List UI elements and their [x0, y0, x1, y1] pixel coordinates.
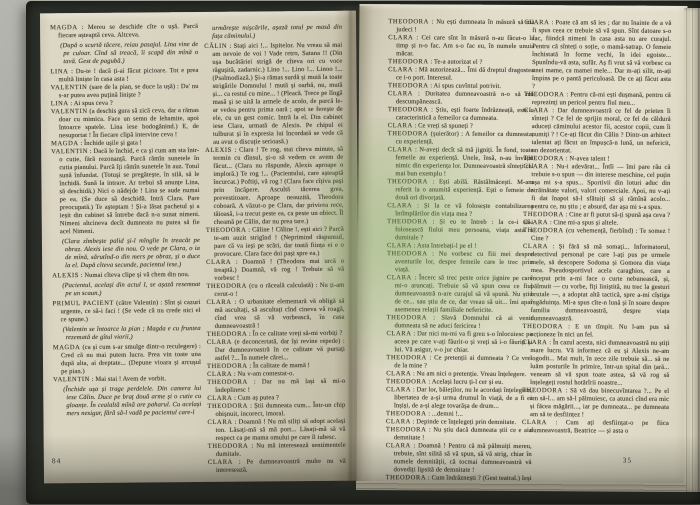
right-page-column-2: CLARA : Poate că am să ies ; dar nu înai… [522, 19, 672, 462]
speaker-name: THEODORA [386, 378, 427, 385]
speaker-name: CLARA [386, 386, 411, 393]
dialogue-line: THEODORA (cu o răceală calculată) : Nu ț… [206, 282, 344, 299]
speaker-name: THEODORA [388, 106, 429, 113]
speaker-name: MAGDA [50, 24, 78, 31]
dialogue-line: CLARA : Cei care sînt în măsură n-au făc… [388, 34, 534, 59]
dialogue-line: THEODORA : Știu, ești foarte îndrăzneață… [388, 106, 534, 123]
book-photo: MAGDA : Mereu se deschide cîte o ușă. Pa… [0, 0, 700, 505]
dialogue-line: VALENTIN (a deschis gura să zică ceva, d… [51, 107, 199, 140]
speaker-name: CLARA [386, 418, 411, 425]
speaker-name: THEODORA [208, 443, 249, 450]
dialogue-line: VALENTIN : Dacă le închid, e ca și cum a… [51, 147, 200, 236]
speaker-name: THEODORA [207, 403, 248, 410]
speaker-name: CLARA [207, 395, 232, 402]
speaker-name: THEODORA [207, 331, 248, 338]
speaker-name: THEODORA [387, 218, 428, 225]
speaker-name: CLARA [386, 370, 411, 377]
dialogue-line: THEODORA (cu vehemență, fierbînd) : Te s… [523, 227, 670, 244]
dialogue-line: CLARA : Și la ce vă folosește contabiliz… [387, 202, 533, 219]
dialogue-line: CLARA : Doamnă ! Nu mă siliți să adopt a… [208, 418, 346, 443]
speaker-name: MAGDA [53, 344, 81, 351]
dialogue-line: CLARA : Mă autorizează... Îmi dă dreptul… [388, 66, 534, 83]
dialogue-line: PRIMUL PACIENT (către Valentin) : Sînt ș… [52, 299, 200, 324]
dialogue-line: THEODORA : Slavă Domnului că ai venit du… [386, 314, 532, 331]
speaker-name: THEODORA [522, 323, 563, 330]
dialogue-line: THEODORA : Nu mă interesează sentimentel… [208, 442, 346, 459]
dialogue-line: THEODORA : E un tîmpit. Nu l-am pus să a… [522, 323, 669, 340]
speaker-name: CLARA [388, 122, 413, 129]
speaker-name: CĂLIN [204, 43, 227, 50]
speaker-name: THEODORA [388, 58, 429, 65]
speaker-name: CLARA [207, 339, 232, 346]
left-page-column-2: urmărește mișcările, așază totul pe masă… [204, 22, 346, 473]
speaker-name: MAGDA [51, 140, 79, 147]
dialogue-line: THEODORA : Ești abilă. Răstălmăcești. M-… [387, 178, 533, 203]
speaker-name: CLARA [387, 242, 412, 249]
dialogue-line: CLARA : Poate că am să ies ; dar nu înai… [524, 19, 671, 92]
left-page: MAGDA : Mereu se deschide cîte o ușă. Pa… [40, 11, 360, 484]
speaker-name: CLARA [522, 339, 547, 346]
speaker-name: THEODORA [524, 91, 565, 98]
speaker-name: ALEXIS [52, 272, 79, 279]
speaker-name: THEODORA [523, 211, 564, 218]
dialogue-line: THEODORA : Și eu te întreb : la ce-i să-… [387, 218, 533, 243]
speaker-name: CLARA [524, 19, 549, 26]
dialogue-line: CLARA : Doamnă ! (Theodora mai urcă o tr… [206, 258, 344, 283]
speaker-name: PRIMUL PACIENT [52, 300, 114, 308]
dialogue-line: CLARA : Dar lor, băieților, nu le acorda… [386, 386, 532, 411]
speaker-name: THEODORA [388, 82, 429, 89]
speaker-name: THEODORA [522, 387, 563, 394]
dialogue-line: CLARA : Nu-i adevărat... Întîi — îmi par… [523, 163, 670, 212]
left-page-column-1: MAGDA : Mereu se deschide cîte o ușă. Pa… [50, 23, 202, 474]
speaker-name: CLARA [208, 419, 233, 426]
speaker-name: ALEXIS [205, 147, 232, 154]
dialogue-line: THEODORA : Dar nu mă lași să mi-o îndepl… [207, 378, 345, 395]
dialogue-line: THEODORA : Să vă dau binecuvîntarea ?...… [522, 387, 669, 420]
speaker-name: CLARA [523, 163, 548, 170]
dialogue-line: THEODORA (șuierător) : A femeilor ca dum… [388, 130, 534, 147]
speaker-name: THEODORA [387, 178, 428, 185]
stage-direction: (După o scurtă tăcere, reiau pasajul. Li… [50, 41, 198, 66]
dialogue-line: CLARA (e deconcertată, dar își revine re… [207, 338, 345, 363]
speaker-name: THEODORA [206, 283, 247, 290]
dialogue-line: CLARA : Dar dumneavoastră ce fel de prie… [524, 107, 671, 156]
dialogue-line: CLARA : În cazul acesta, nici dumneavoas… [522, 339, 669, 388]
dialogue-line: THEODORA : Nu ești dumneata în măsură să… [388, 18, 534, 35]
page-stack-edge [684, 8, 700, 492]
speaker-name: CLARA [388, 90, 413, 97]
speaker-name: CLARA [206, 259, 231, 266]
dialogue-line: CLARA : Dar nici nu-mi va fi greu s-o în… [386, 330, 532, 355]
speaker-name: THEODORA [386, 410, 427, 417]
right-page-number: 35 [623, 456, 633, 465]
dialogue-line: CLARA : Doamnă ! Pentru că mă pălmuiți m… [386, 442, 532, 475]
dialogue-line: CLARA : Pe dumneavoastră multe nu vă int… [208, 458, 346, 475]
speaker-name: VALENTIN [51, 84, 88, 91]
speaker-name: THEODORA [387, 250, 428, 257]
speaker-name: CLARA [388, 66, 413, 73]
speaker-name: THEODORA [386, 426, 427, 433]
dialogue-line: CLARA : O urbanitate elementară vă oblig… [206, 298, 344, 331]
dialogue-line: ALEXIS : Numai cîteva clipe și vă chem d… [52, 271, 200, 280]
dialogue-line: LINA : Du-te ! dacă ți-ai făcut picioare… [50, 67, 198, 84]
speaker-name: THEODORA [524, 155, 565, 162]
dialogue-line: THEODORA : Știi dumneata cum... Într-un … [207, 402, 345, 419]
stage-direction: (Valentin se întoarce la pian ; Magda e … [53, 325, 201, 342]
dialogue-line: VALENTIN : Mai stai ! Avem de vorbit. [53, 375, 201, 384]
speaker-name: CLARA [207, 371, 232, 378]
dialogue-line: THEODORA : Pentru că-mi ești dușmană, pe… [524, 91, 671, 108]
speaker-name: VALENTIN [51, 108, 88, 115]
dialogue-line: ALEXIS : Clara ! Te rog, stai cîteva min… [205, 146, 344, 227]
dialogue-line: MAGDA : Mereu se deschide cîte o ușă. Pa… [50, 23, 198, 40]
dialogue-line: VALENTIN (sare de la pian, se duce la uș… [51, 83, 199, 100]
speaker-name: CLARA [388, 34, 413, 41]
speaker-name: THEODORA [523, 227, 564, 234]
speaker-name: VALENTIN [53, 376, 90, 383]
speaker-name: THEODORA [207, 379, 248, 386]
dialogue-line: THEODORA : Ce pretenții ai dumneata ? Ce… [386, 354, 532, 371]
speaker-name: THEODORA [388, 18, 429, 25]
speaker-name: VALENTIN [51, 148, 88, 155]
dialogue-line: THEODORA : Căline ! Căline !, ești aici … [206, 226, 344, 259]
speaker-name: CLARA [387, 274, 412, 281]
speaker-name: THEODORA [207, 363, 248, 370]
speaker-name: CLARA [522, 419, 547, 426]
dialogue-line: CLARA : Duritatea dumneavoastră n-o să m… [388, 90, 534, 107]
speaker-name: CLARA [386, 330, 411, 337]
speaker-name: CLARA [523, 243, 548, 250]
dialogue-line: CLARA : Și fără să mă somați... Informat… [523, 243, 670, 324]
speaker-name: THEODORA [206, 227, 247, 234]
stage-direction: (Închide ușa și trage perdelele. Din cam… [53, 385, 201, 418]
speaker-name: CLARA [388, 146, 413, 153]
speaker-name: THEODORA [386, 354, 427, 361]
speaker-name: CLARA [208, 459, 233, 466]
stage-direction: (Clara zîmbește palid și-l mîngîie în tr… [52, 237, 200, 270]
speaker-name: LINA [50, 68, 68, 75]
speaker-name: CLARA [386, 442, 411, 449]
dialogue-line: THEODORA : Nu vorbesc cu fiii mei despre… [387, 250, 533, 275]
right-page-column-1: THEODORA : Nu ești dumneata în măsură să… [386, 18, 535, 471]
speaker-name: LINA [51, 100, 69, 107]
speaker-name: CLARA [524, 107, 549, 114]
stage-direction: urmărește mișcările, așază totul pe masă… [204, 24, 342, 41]
right-page: THEODORA : Nu ești dumneata în măsură să… [357, 4, 688, 489]
speaker-name: CLARA [206, 299, 231, 306]
dialogue-line: CLARA : Cum ați desființat-o pe fiica du… [522, 419, 669, 436]
dialogue-line: MAGDA (ca și cum s-ar smulge dintr-o rec… [53, 343, 201, 376]
speaker-name: THEODORA [388, 130, 429, 137]
speaker-name: CLARA [387, 202, 412, 209]
dialogue-line: CĂLIN : Stați aici !... Ispitelor. Nu vr… [204, 42, 343, 147]
dialogue-line: CLARA : N-aveți decît să mă jigniți. În … [387, 146, 533, 179]
dialogue-line: THEODORA : Nu știu dacă dumneata știi ce… [386, 426, 532, 443]
speaker-name: CLARA [523, 219, 548, 226]
speaker-name: THEODORA [387, 314, 428, 321]
left-page-number: 84 [52, 456, 62, 465]
dialogue-line: CLARA : Încerc să trec peste orice jigni… [387, 274, 533, 315]
stage-direction: (Pacientul, același din actul I, se așaz… [52, 281, 200, 298]
